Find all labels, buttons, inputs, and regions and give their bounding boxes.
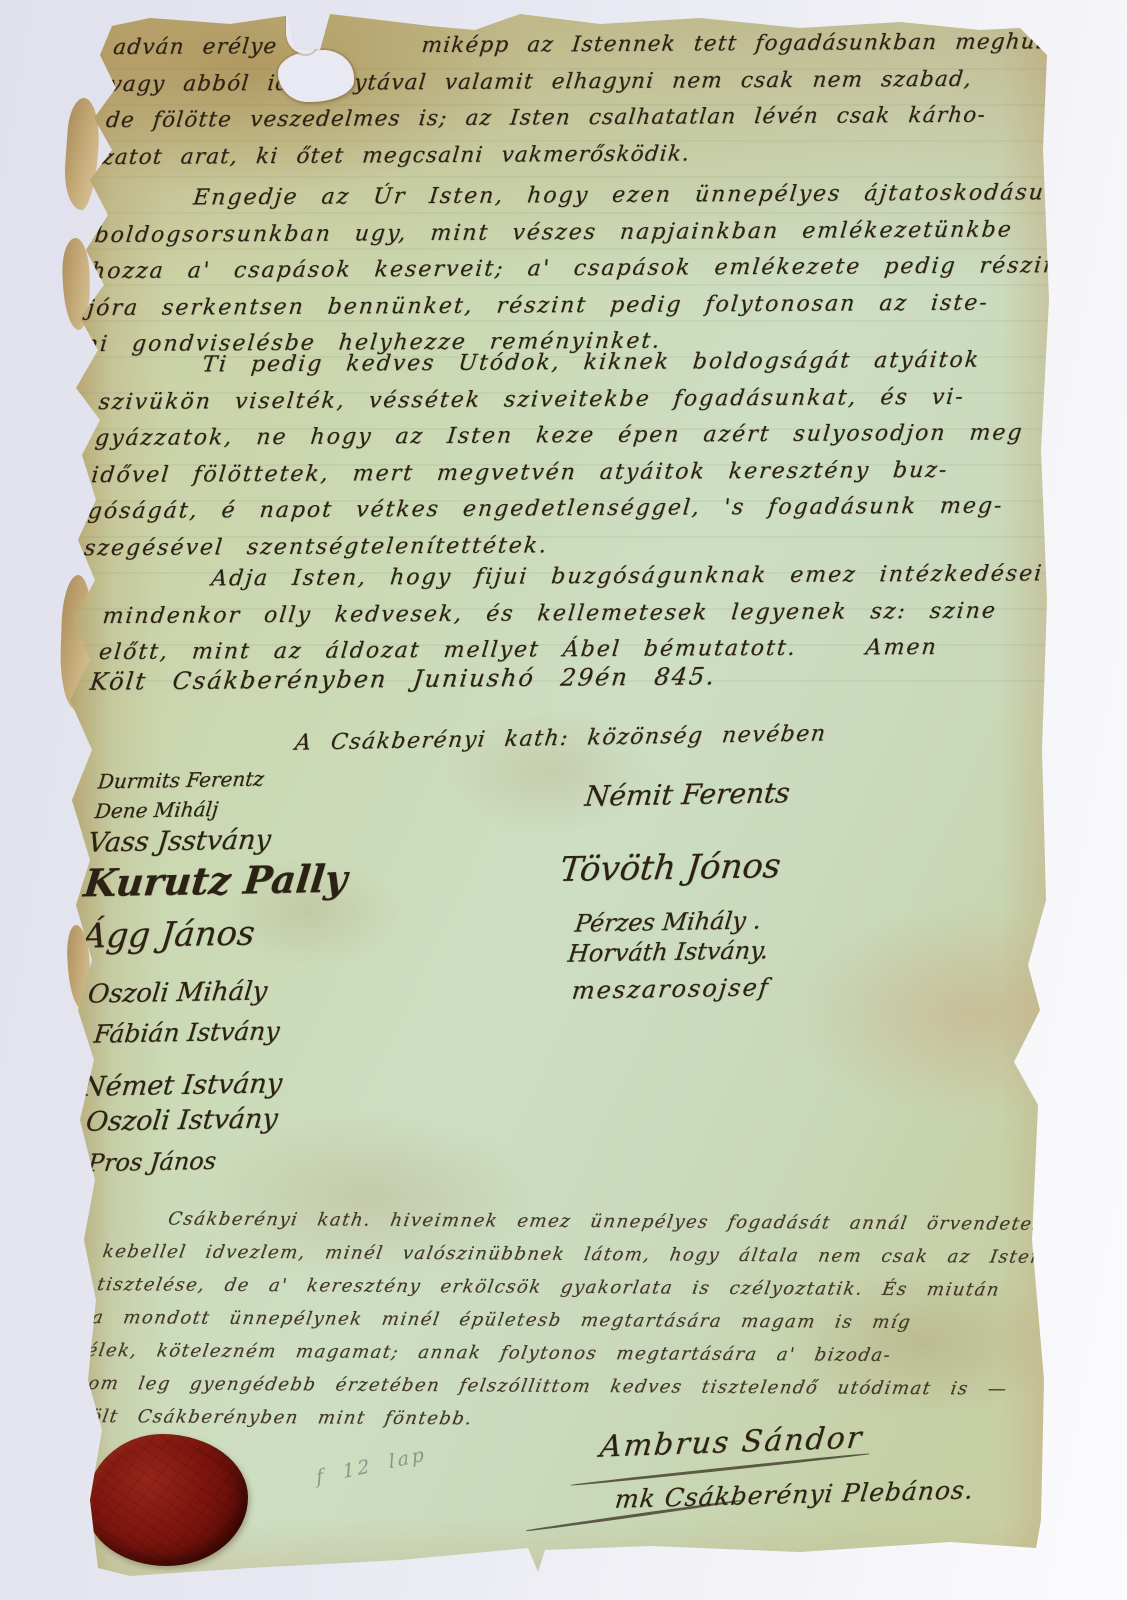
red-wax-seal — [86, 1434, 248, 1566]
torn-hole — [278, 50, 354, 102]
date-line: Költ Csákberényben Juniushó 29én 845. — [88, 662, 717, 695]
signature-meszaros-josef: meszarosojsef — [571, 973, 772, 1005]
paragraph-prayer: Engedje az Úr Isten, hogy ezen ünnepélye… — [82, 175, 1079, 364]
pencil-note: f 12 lap — [315, 1443, 428, 1488]
signature-oszoli-mihaly: Oszoli Mihály — [86, 976, 268, 1009]
paragraph-oath-warning: adván erélye miképp az Istennek tett fog… — [101, 24, 1077, 176]
torn-hole-notch — [286, 12, 322, 54]
signature-durmits-ferentz: Durmits Ferentz — [97, 767, 265, 794]
manuscript-paper: adván erélye miképp az Istennek tett fog… — [70, 12, 1052, 1584]
signature-oszoli-istvany: Oszoli Istvány — [84, 1103, 279, 1137]
signature-horvath-istvany: Horváth Istvány. — [567, 936, 770, 968]
signature-kurutz-pally: Kurutz Pally — [82, 856, 350, 906]
signature-perzes-mihaly: Pérzes Mihály . — [574, 906, 763, 937]
signature-agg-janos: Ágg János — [80, 913, 257, 956]
signature-dene-mihalj: Dene Mihálj — [94, 797, 220, 823]
signature-pros-janos: Pros János — [87, 1147, 218, 1177]
scanner-background: adván erélye miképp az Istennek tett fog… — [0, 0, 1127, 1600]
clergy-endorsement-note: Csákberényi kath. hiveimnek emez ünnepél… — [73, 1202, 1089, 1439]
signature-priest-title: mk Csákberényi Plebános. — [613, 1475, 975, 1513]
signature-nemit-ferents: Némit Ferents — [583, 776, 791, 813]
signature-vass-istvany: Vass Jsstvány — [86, 824, 272, 858]
paragraph-descendants: Ti pedig kedves Utódok, kiknek boldogság… — [82, 342, 1032, 567]
signature-tovoth-janos: Tövöth Jónos — [558, 846, 783, 890]
attestation-line: A Csákberényi kath: közönség nevében — [294, 721, 828, 755]
torn-edge-flap — [62, 97, 102, 211]
signature-nemet-istvany: Német Istvány — [80, 1068, 283, 1103]
paragraph-blessing-amen: Adja Isten, hogy fijui buzgóságunknak em… — [97, 556, 1045, 671]
signature-fabian-istvany: Fábián Istvány — [92, 1016, 281, 1048]
